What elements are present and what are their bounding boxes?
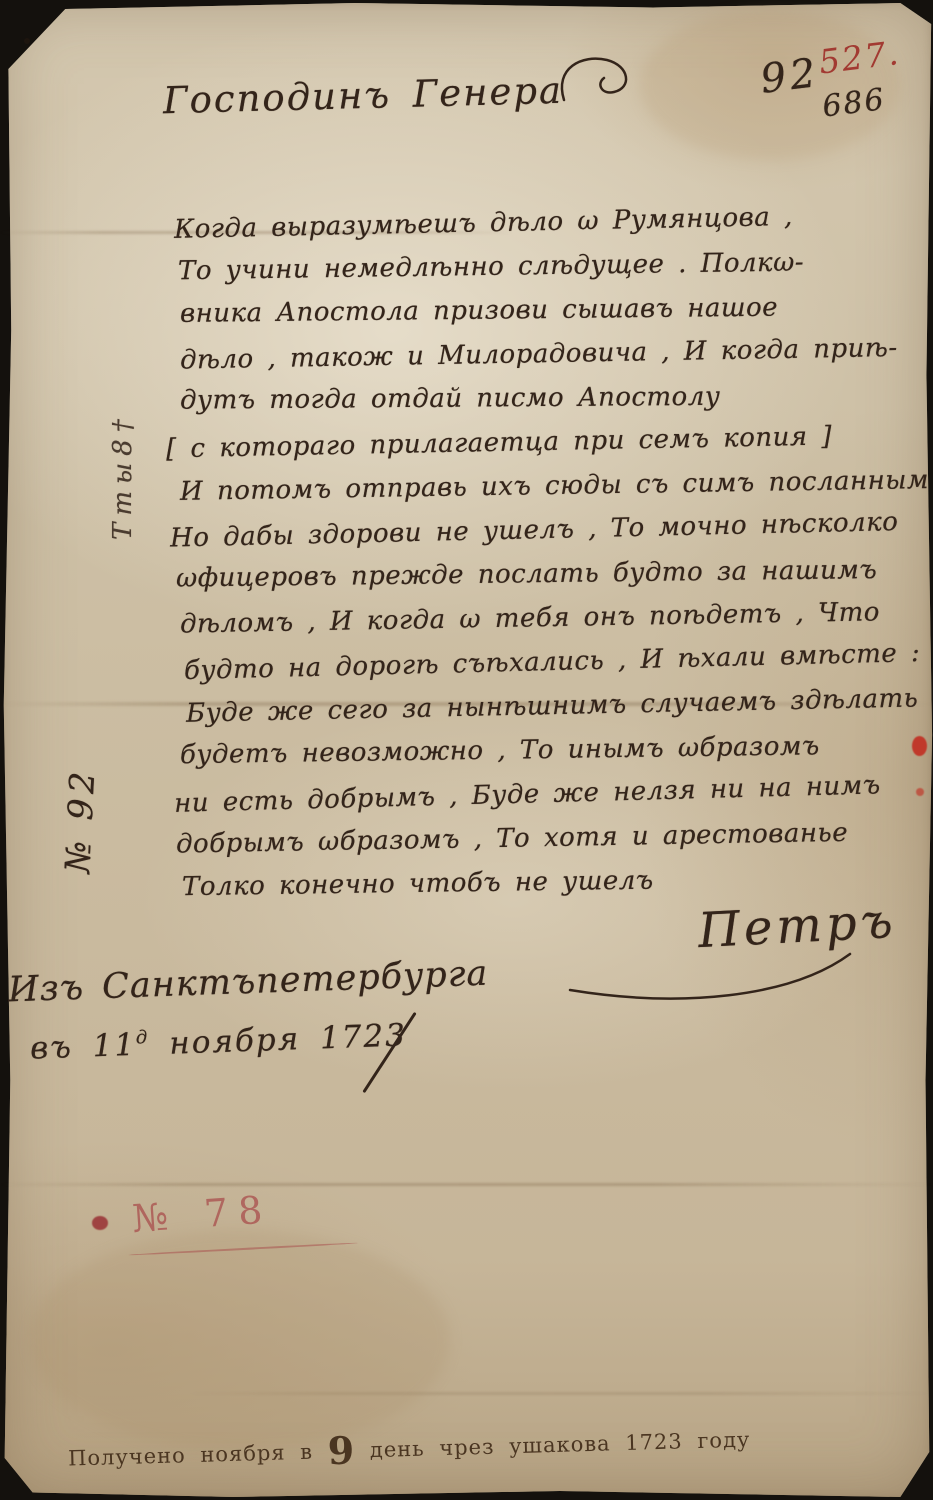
vertical-number-no-92: № 92 (58, 766, 104, 874)
received-note-day: 9 (327, 1428, 356, 1474)
received-note-prefix: Получено ноября в (68, 1439, 328, 1470)
ink-dot (24, 38, 30, 44)
photo-background: 92 527. 686 Господинъ Генера Когда выраз… (0, 0, 933, 1500)
wax-spot (912, 736, 927, 756)
archival-number-black: 92 (758, 50, 822, 103)
vertical-archival-mark: Тты8† (108, 412, 138, 540)
received-note-suffix: день чрез ушакова 1723 году (355, 1427, 751, 1462)
abbreviation-flourish-icon (552, 48, 642, 118)
body-text: Когда выразумѣешъ дѣло ω Румянцова , То … (180, 200, 925, 904)
dateline-day: въ 11 (29, 1027, 136, 1067)
signature-flourish-icon (560, 940, 860, 1010)
wax-spot (916, 788, 924, 796)
red-ink-blot (92, 1216, 108, 1230)
dateline-superscript: д (135, 1027, 149, 1048)
archival-number-red: 527. (817, 33, 903, 82)
